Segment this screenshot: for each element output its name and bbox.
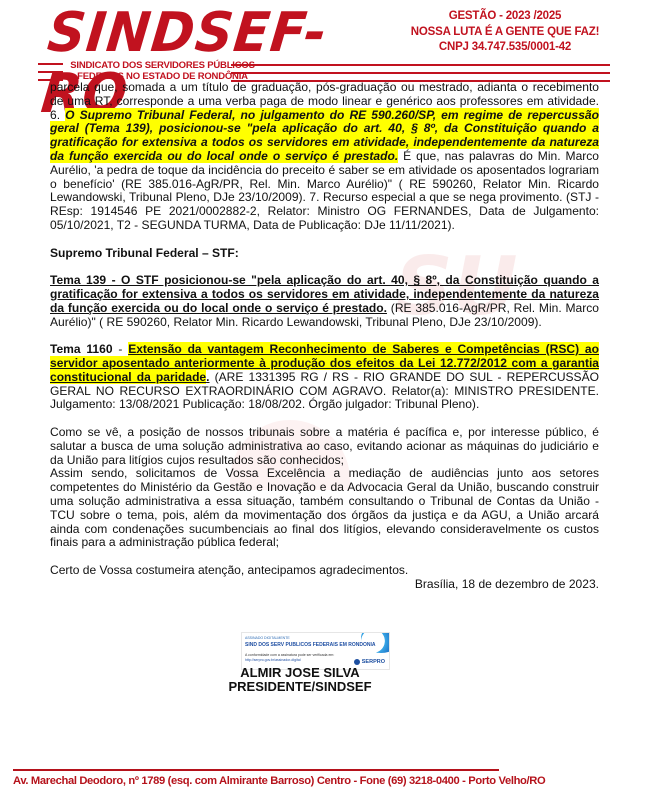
sindsef-logo: SINDSEF-RO [45,3,321,64]
stf-heading: Supremo Tribunal Federal – STF: [50,247,599,261]
place-date: Brasília, 18 de dezembro de 2023. [50,578,599,592]
slogan: NOSSA LUTA É A GENTE QUE FAZ! [380,25,630,41]
stamp-note: A conformidade com a assinatura pode ser… [245,653,334,657]
paragraph-request: Assim sendo, solicitamos de Vossa Excelê… [50,467,599,550]
signer-role: PRESIDENTE/SINDSEF [200,680,400,694]
signer-name: ALMIR JOSE SILVA [200,666,400,680]
letter-body: parcela que, somada a um título de gradu… [50,81,599,591]
footer-rule [13,769,499,771]
header-info: GESTÃO - 2023 /2025 NOSSA LUTA É A GENTE… [380,9,630,56]
serpro-label: SERPRO [362,659,385,665]
stamp-verify-link: http://serpro.gov.br/assinador-digital [245,658,301,662]
footer-address: Av. Marechal Deodoro, nº 1789 (esq. com … [13,775,643,787]
union-full-name: SINDICATO DOS SERVIDORES PÚBLICOS FEDERA… [0,60,325,82]
paragraph-tema-139: Tema 139 - O STF posicionou-se "pela apl… [50,274,599,329]
term: GESTÃO - 2023 /2025 [380,9,630,25]
closing-line: Certo de Vossa costumeira atenção, antec… [50,564,599,578]
cnpj: CNPJ 34.747.535/0001-42 [380,40,630,56]
union-name-line1: SINDICATO DOS SERVIDORES PÚBLICOS [0,60,325,71]
separator: - [113,342,129,356]
tema-1160-label: Tema 1160 [50,342,113,356]
paragraph-conclusion: Como se vê, a posição de nossos tribunai… [50,426,599,467]
signer-block: ALMIR JOSE SILVA PRESIDENTE/SINDSEF [200,666,400,694]
stamp-label: ASSINADO DIGITALMENTE [245,636,290,640]
paragraph-tema-1160: Tema 1160 - Extensão da vantagem Reconhe… [50,343,599,412]
stamp-organization: SIND DOS SERV PUBLICOS FEDERAIS EM RONDO… [245,642,375,648]
paragraph-stj-citation: parcela que, somada a um título de gradu… [50,81,599,233]
